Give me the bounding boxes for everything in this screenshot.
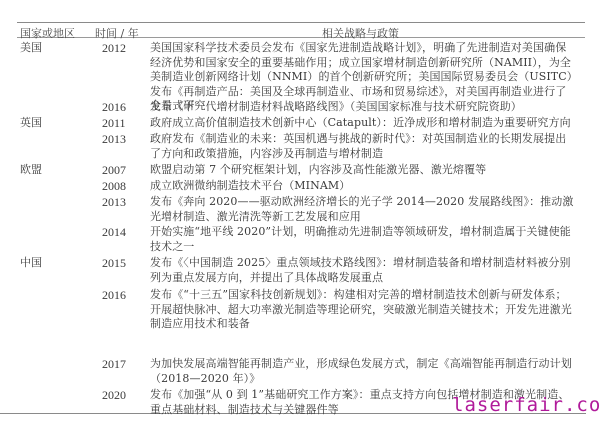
year-cell: 2016	[102, 288, 126, 303]
year-cell: 2013	[102, 132, 126, 147]
header-year: 时间 / 年	[95, 25, 139, 41]
region-cell: 美国	[20, 41, 42, 56]
year-cell: 2008	[102, 179, 126, 194]
year-cell: 2014	[102, 225, 126, 240]
header-policy: 相关战略与政策	[322, 25, 399, 41]
policy-cell: 发布《奔向 2020——驱动欧洲经济增长的光子学 2014—2020 发展路线图…	[150, 195, 575, 224]
year-cell: 2013	[102, 195, 126, 210]
policy-cell: 政府成立高价值制造技术创新中心（Catapult）：近净成形和增材制造为重要研究…	[150, 116, 575, 131]
policy-cell: 发布《〈中国制造 2025〉重点领域技术路线图》：增材制造装备和增材制造材料被分…	[150, 256, 575, 285]
policy-cell: 发布《下一代增材制造材料战略路线图》（美国国家标准与技术研究院资助）	[150, 100, 575, 115]
region-cell: 欧盟	[20, 163, 42, 178]
year-cell: 2012	[102, 41, 126, 56]
policy-cell: 开始实施“地平线 2020”计划，明确推动先进制造等领域研发，增材制造属于关键使…	[150, 225, 575, 254]
year-cell: 2017	[102, 357, 126, 372]
policy-cell: 政府发布《制造业的未来：英国机遇与挑战的新时代》：对英国制造业的长期发展提出了方…	[150, 132, 575, 161]
year-cell: 2011	[102, 116, 126, 131]
year-cell: 2020	[102, 388, 126, 403]
year-cell: 2015	[102, 256, 126, 271]
year-cell: 2007	[102, 163, 126, 178]
watermark: laserfair.com	[452, 394, 600, 416]
policy-cell: 成立欧洲微纳制造技术平台（MINAM）	[150, 179, 575, 194]
year-cell: 2016	[102, 100, 126, 115]
policy-cell: 欧盟启动第 7 个研究框架计划，内容涉及高性能激光器、激光熔覆等	[150, 163, 575, 178]
region-cell: 英国	[20, 116, 42, 131]
region-cell: 中国	[20, 256, 42, 271]
policy-cell: 为加快发展高端智能再制造产业，形成绿色发展方式，制定《高端智能再制造行动计划（2…	[150, 357, 575, 386]
header-region: 国家或地区	[20, 25, 75, 41]
table-top-rule	[17, 22, 585, 23]
policy-cell: 发布《“十三五”国家科技创新规划》：构建相对完善的增材制造技术创新与研发体系；开…	[150, 288, 575, 332]
